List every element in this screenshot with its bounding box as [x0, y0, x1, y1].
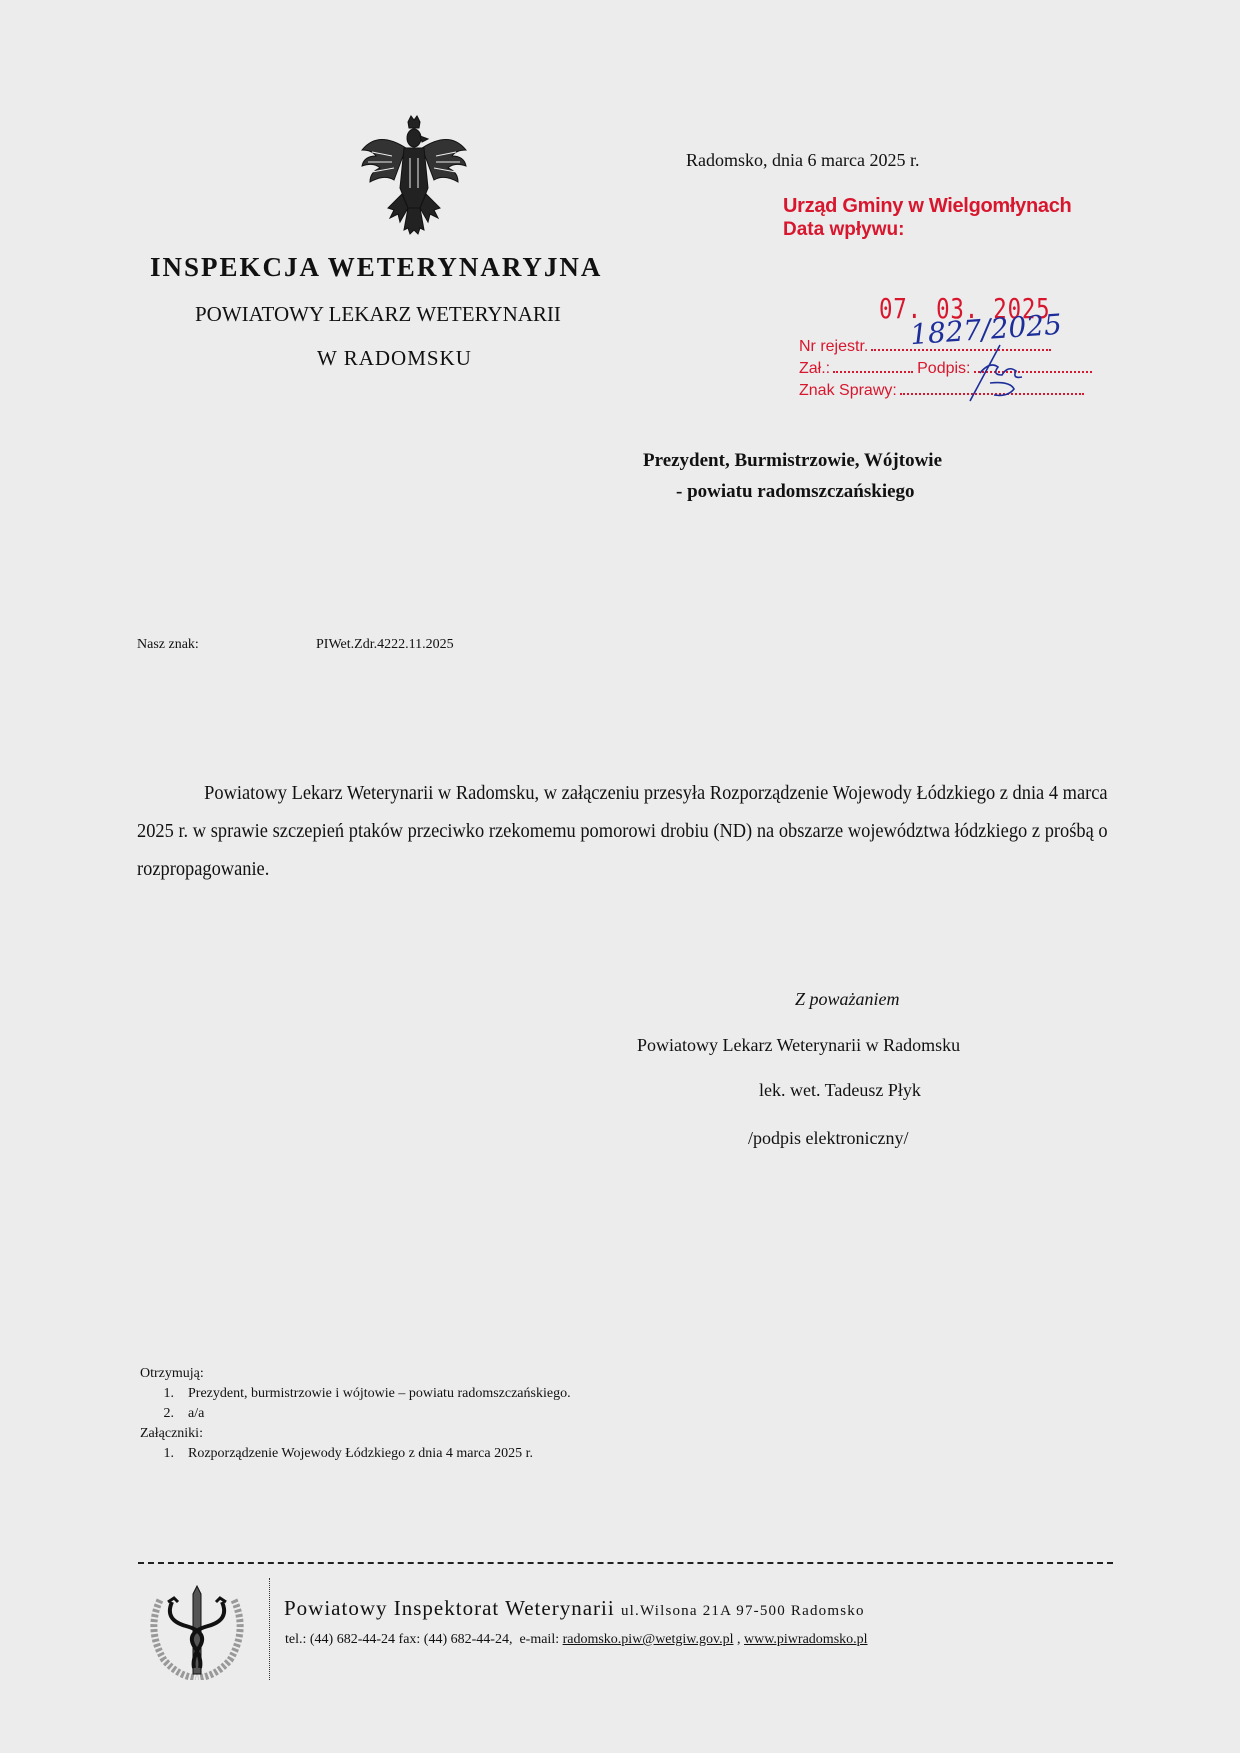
- recipients-label: Otrzymują:: [140, 1364, 571, 1384]
- org-subtitle: POWIATOWY LEKARZ WETERYNARII: [195, 302, 561, 327]
- stamp-received-label: Data wpływu:: [783, 219, 904, 241]
- footer-institution: Powiatowy Inspektorat Weterynarii ul.Wil…: [284, 1596, 865, 1621]
- body-paragraph: Powiatowy Lekarz Weterynarii w Radomsku,…: [137, 774, 1108, 888]
- stamp-case-row: Znak Sprawy:: [799, 382, 1084, 400]
- stamp-attach-label: Zał.:: [799, 360, 830, 378]
- contact-phone-fax: tel.: (44) 682-44-24 fax: (44) 682-44-24…: [285, 1632, 563, 1647]
- footer-contact: tel.: (44) 682-44-24 fax: (44) 682-44-24…: [285, 1632, 868, 1648]
- signature-note: /podpis elektroniczny/: [748, 1128, 908, 1149]
- signer-title: Powiatowy Lekarz Weterynarii w Radomsku: [637, 1035, 960, 1056]
- list-item: 1. Prezydent, burmistrzowie i wójtowie –…: [140, 1384, 571, 1404]
- signer-name: lek. wet. Tadeusz Płyk: [759, 1080, 921, 1101]
- place-date: Radomsko, dnia 6 marca 2025 r.: [686, 150, 919, 171]
- stamp-case-label: Znak Sprawy:: [799, 382, 897, 400]
- letter-body: Powiatowy Lekarz Weterynarii w Radomsku,…: [137, 774, 1108, 888]
- org-title: INSPEKCJA WETERYNARYJNA: [150, 252, 602, 283]
- attachments-label: Załączniki:: [140, 1424, 571, 1444]
- institution-address: ul.Wilsona 21A 97-500 Radomsko: [621, 1603, 865, 1619]
- receipt-stamp: Urząd Gminy w Wielgomłynach Data wpływu:…: [780, 195, 1110, 415]
- footer-divider: [269, 1578, 270, 1680]
- website-link[interactable]: www.piwradomsko.pl: [744, 1632, 868, 1647]
- institution-name: Powiatowy Inspektorat Weterynarii: [284, 1596, 615, 1620]
- stamp-attach-row: Zał.: Podpis:: [799, 360, 1092, 378]
- list-item: 1. Rozporządzenie Wojewody Łódzkiego z d…: [140, 1444, 571, 1464]
- recipient-line-1: Prezydent, Burmistrzowie, Wójtowie: [643, 450, 942, 472]
- distribution-list: Otrzymują: 1. Prezydent, burmistrzowie i…: [140, 1364, 571, 1464]
- footer-separator: [138, 1562, 1113, 1564]
- polish-eagle-emblem-icon: [358, 114, 470, 236]
- handwritten-signature-icon: [960, 343, 1030, 403]
- org-location: W RADOMSKU: [317, 346, 472, 371]
- reference-label: Nasz znak:: [137, 637, 199, 653]
- recipient-line-2: - powiatu radomszczańskiego: [676, 481, 915, 503]
- stamp-office: Urząd Gminy w Wielgomłynach: [783, 195, 1071, 218]
- caduceus-wreath-logo-icon: [142, 1580, 252, 1680]
- stamp-reg-label: Nr rejestr.: [799, 338, 868, 356]
- closing: Z poważaniem: [795, 989, 900, 1010]
- email-link[interactable]: radomsko.piw@wetgiw.gov.pl: [563, 1632, 734, 1647]
- list-item: 2. a/a: [140, 1404, 571, 1424]
- reference-value: PIWet.Zdr.4222.11.2025: [316, 637, 454, 653]
